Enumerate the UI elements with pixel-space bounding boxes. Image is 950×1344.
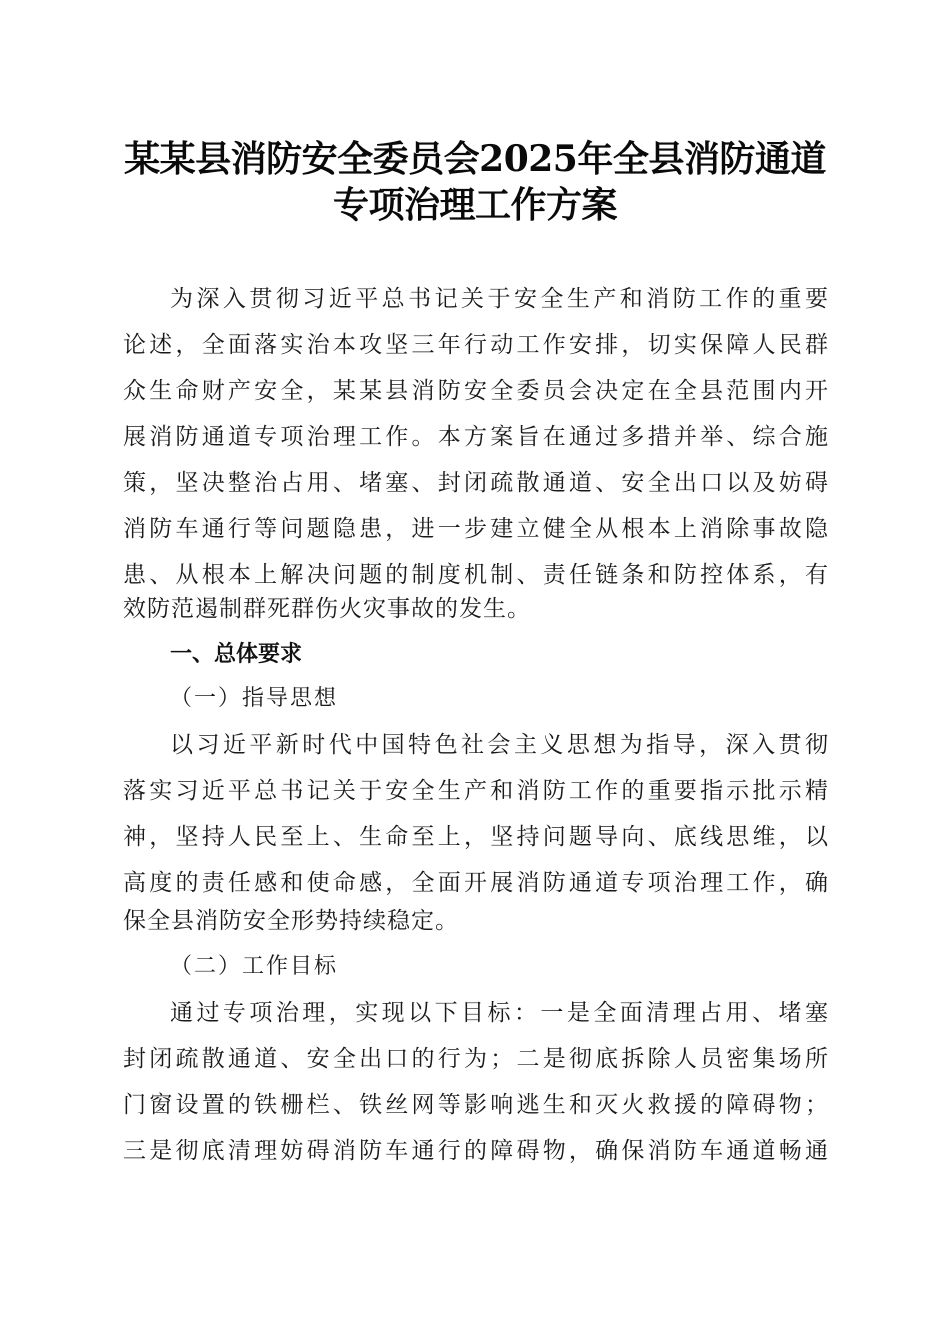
document-title-line1: 某某县消防安全委员会2025年全县消防通道 xyxy=(100,137,850,181)
guiding-line-3: 神，坚持人民至上、生命至上，坚持问题导向、底线思维，以 xyxy=(123,814,829,860)
goals-line-1: 通过专项治理，实现以下目标：一是全面清理占用、堵塞 xyxy=(170,990,829,1036)
intro-line-8: 效防范遏制群死群伤火灾事故的发生。 xyxy=(123,586,829,632)
goals-line-3: 门窗设置的铁栅栏、铁丝网等影响逃生和灭火救援的障碍物； xyxy=(123,1082,829,1128)
guiding-line-2: 落实习近平总书记关于安全生产和消防工作的重要指示批示精 xyxy=(123,768,829,814)
guiding-line-5: 保全县消防安全形势持续稳定。 xyxy=(123,898,829,944)
document-title-line2: 专项治理工作方案 xyxy=(100,183,850,227)
subsection-heading-guiding-ideology: （一）指导思想 xyxy=(170,676,338,722)
guiding-line-1: 以习近平新时代中国特色社会主义思想为指导，深入贯彻 xyxy=(170,722,829,768)
section-heading-overall-requirements: 一、总体要求 xyxy=(170,632,302,678)
subsection-heading-work-goals: （二）工作目标 xyxy=(170,944,338,990)
goals-line-2: 封闭疏散通道、安全出口的行为；二是彻底拆除人员密集场所 xyxy=(123,1036,829,1082)
document-page: 某某县消防安全委员会2025年全县消防通道 专项治理工作方案 为深入贯彻习近平总… xyxy=(0,0,950,1344)
intro-line-1: 为深入贯彻习近平总书记关于安全生产和消防工作的重要 xyxy=(170,276,829,322)
intro-line-5: 策，坚决整治占用、堵塞、封闭疏散通道、安全出口以及妨碍 xyxy=(123,460,829,506)
intro-line-4: 展消防通道专项治理工作。本方案旨在通过多措并举、综合施 xyxy=(123,414,829,460)
goals-line-4: 三是彻底清理妨碍消防车通行的障碍物，确保消防车通道畅通 xyxy=(123,1128,829,1174)
intro-line-6: 消防车通行等问题隐患，进一步建立健全从根本上消除事故隐 xyxy=(123,506,829,552)
intro-line-3: 众生命财产安全，某某县消防安全委员会决定在全县范围内开 xyxy=(123,368,829,414)
intro-line-2: 论述，全面落实治本攻坚三年行动工作安排，切实保障人民群 xyxy=(123,322,829,368)
